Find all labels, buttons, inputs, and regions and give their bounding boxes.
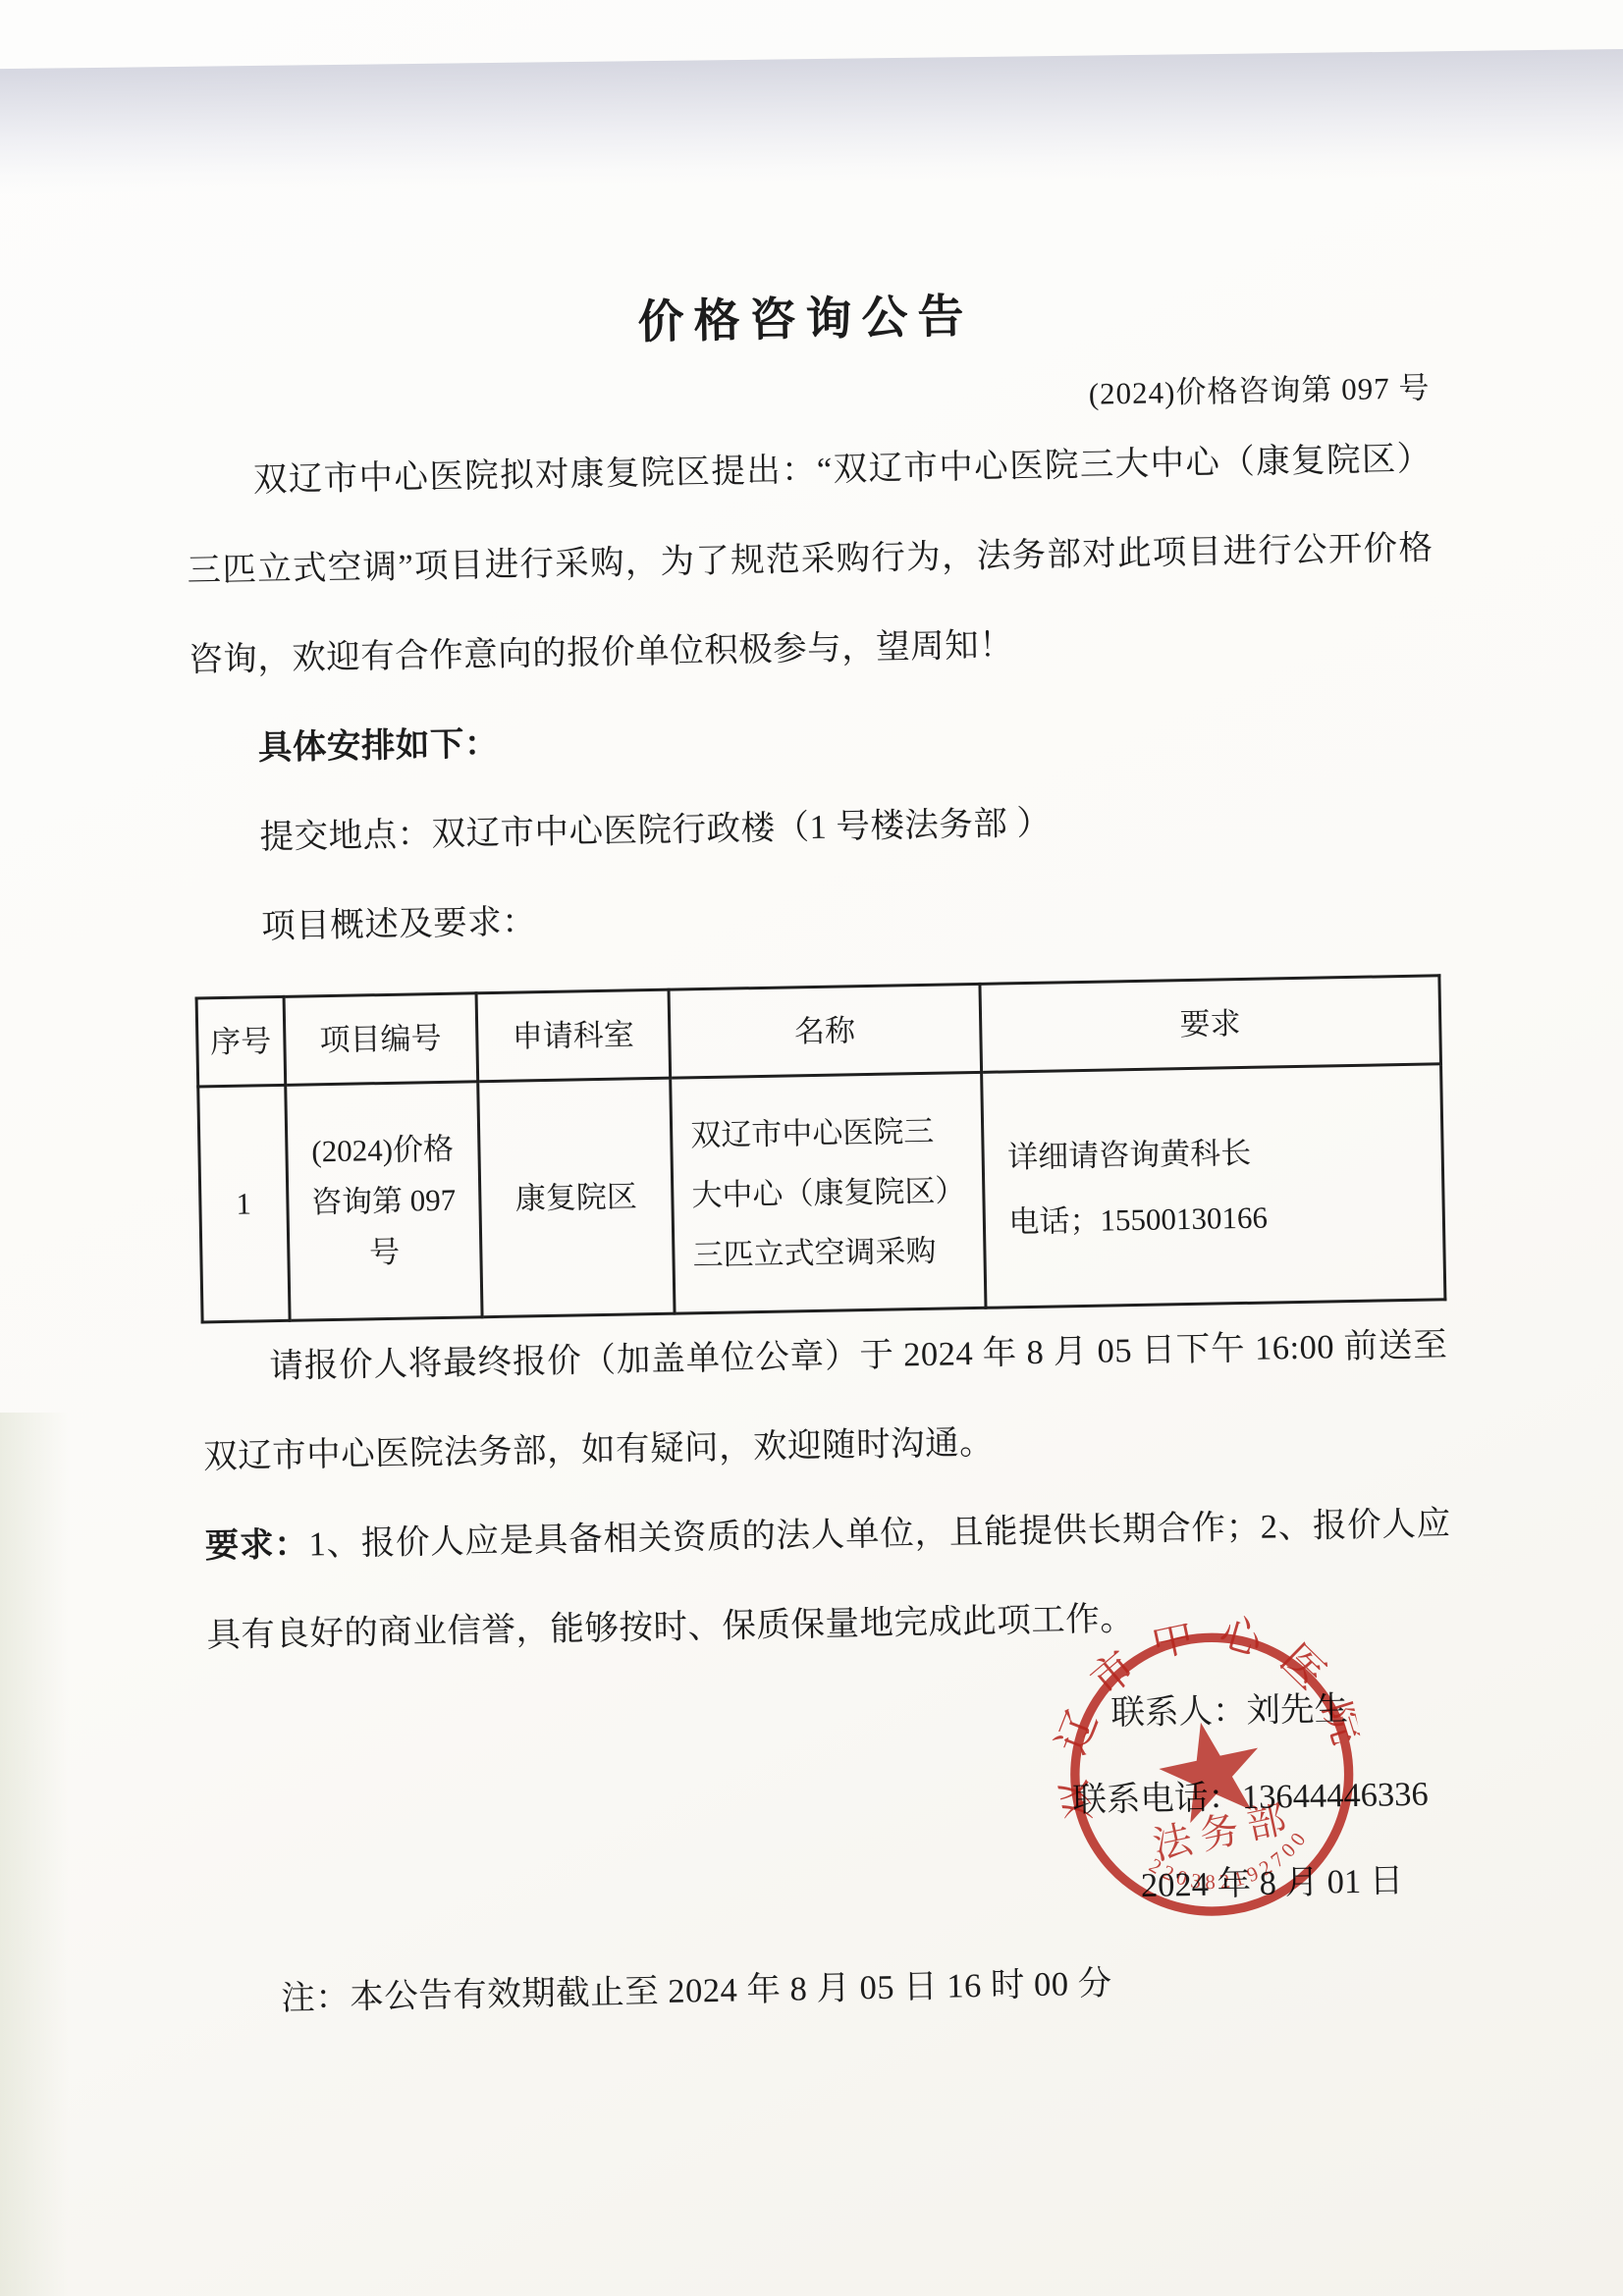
requirement-line-1: 详细请咨询黄科长 (1007, 1117, 1419, 1190)
intro-paragraph: 双辽市中心医院拟对康复院区提出：“双辽市中心医院三大中心（康复院区）三匹立式空调… (185, 414, 1435, 705)
cell-requirement: 详细请咨询黄科长 电话；15500130166 (981, 1064, 1445, 1308)
col-header-seq: 序号 (196, 996, 285, 1087)
cell-dept: 康复院区 (478, 1078, 676, 1317)
requirement-line-2: 电话；15500130166 (1008, 1182, 1420, 1255)
cell-project-no: (2024)价格咨询第 097 号 (285, 1082, 482, 1321)
closing-paragraph: 请报价人将最终报价（加盖单位公章）于 2024 年 8 月 05 日下午 16:… (201, 1301, 1450, 1502)
cell-name: 双辽市中心医院三大中心（康复院区）三匹立式空调采购 (671, 1072, 986, 1313)
col-header-dept: 申请科室 (476, 989, 671, 1082)
project-table: 序号 项目编号 申请科室 名称 要求 1 (2024)价格咨询第 097 号 康… (195, 974, 1447, 1323)
col-header-project: 项目编号 (284, 993, 478, 1086)
sign-date: 2024 年 8 月 01 日 (927, 1838, 1405, 1933)
cell-seq: 1 (198, 1085, 290, 1322)
signature-block: 联系人：刘先生 联系电话：13644446336 2024 年 8 月 01 日… (923, 1664, 1458, 1933)
requirements-paragraph: 要求：1、报价人应是具备相关资质的法人单位，且能提供长期合作；2、报价人应具有良… (204, 1479, 1453, 1681)
validity-note: 注：本公告有效期截止至 2024 年 8 月 05 日 16 时 00 分 (212, 1933, 1459, 2045)
document-content: 价格咨询公告 (2024)价格咨询第 097 号 双辽市中心医院拟对康复院区提出… (0, 0, 1623, 2049)
contact-phone: 联系电话：13644446336 (925, 1751, 1430, 1846)
page-title: 价格咨询公告 (182, 271, 1429, 359)
requirements-text: 1、报价人应是具备相关资质的法人单位，且能提供长期合作；2、报价人应具有良好的商… (206, 1505, 1451, 1654)
col-header-req: 要求 (979, 976, 1440, 1073)
document-page: 价格咨询公告 (2024)价格咨询第 097 号 双辽市中心医院拟对康复院区提出… (0, 0, 1623, 2296)
col-header-name: 名称 (669, 984, 981, 1078)
contact-person: 联系人：刘先生 (923, 1666, 1349, 1760)
requirements-label: 要求： (204, 1526, 308, 1566)
table-row: 1 (2024)价格咨询第 097 号 康复院区 双辽市中心医院三大中心（康复院… (198, 1064, 1445, 1322)
